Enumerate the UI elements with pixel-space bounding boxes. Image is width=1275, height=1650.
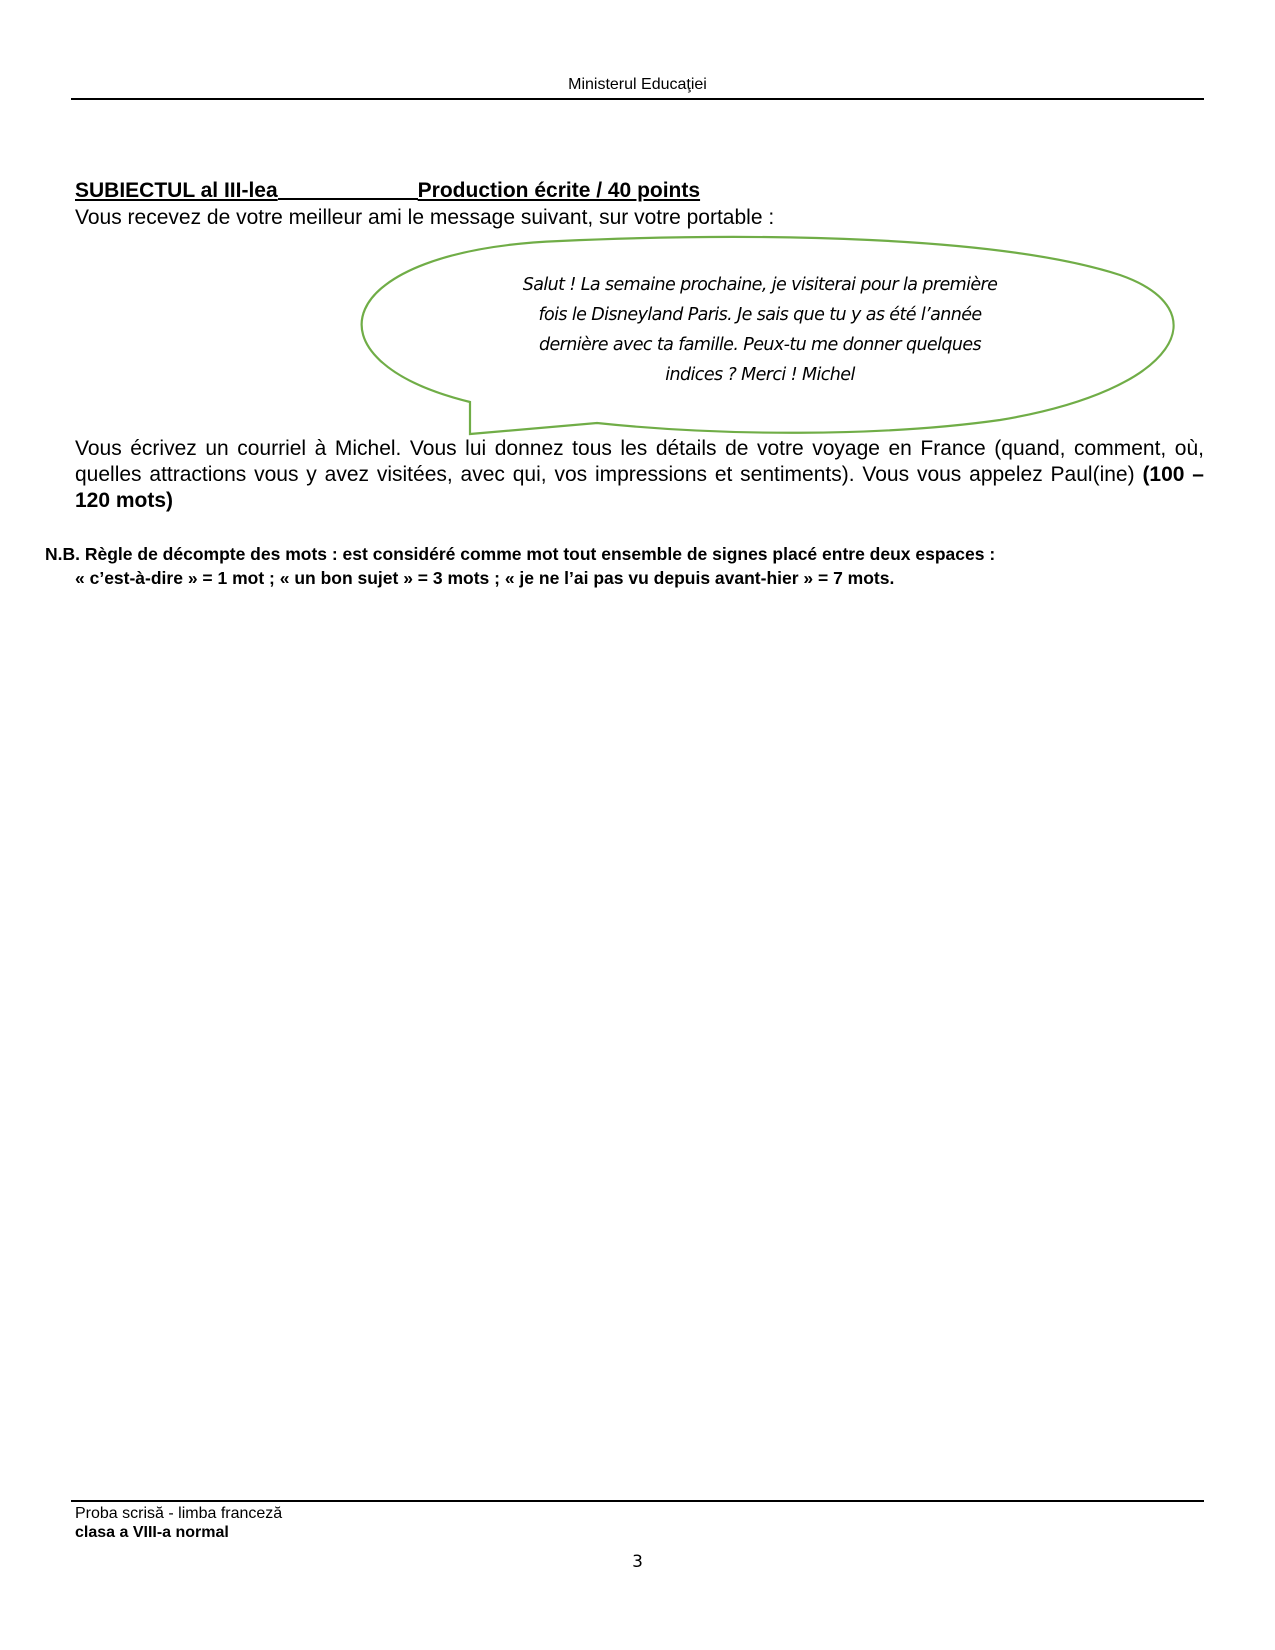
note-line-2: « c’est-à-dire » = 1 mot ; « un bon suje… bbox=[45, 566, 995, 590]
word-count-note: N.B. Règle de décompte des mots : est co… bbox=[45, 542, 995, 590]
message-bubble-text: Salut ! La semaine prochaine, je visiter… bbox=[455, 270, 1065, 390]
message-line: fois le Disneyland Paris. Je sais que tu… bbox=[455, 300, 1065, 330]
instructions-text: Vous écrivez un courriel à Michel. Vous … bbox=[75, 437, 1204, 486]
footer-class: clasa a VIII-a normal bbox=[75, 1524, 229, 1542]
message-line: Salut ! La semaine prochaine, je visiter… bbox=[455, 270, 1065, 300]
message-line: dernière avec ta famille. Peux-tu me don… bbox=[455, 330, 1065, 360]
footer-rule bbox=[71, 1500, 1204, 1502]
footer-exam-name: Proba scrisă - limba franceză bbox=[75, 1505, 282, 1523]
page-number: 3 bbox=[0, 1552, 1275, 1572]
speech-bubble-shape bbox=[0, 0, 1275, 460]
note-line-1: N.B. Règle de décompte des mots : est co… bbox=[45, 544, 995, 564]
instructions-paragraph: Vous écrivez un courriel à Michel. Vous … bbox=[75, 436, 1204, 514]
message-line: indices ? Merci ! Michel bbox=[455, 360, 1065, 390]
